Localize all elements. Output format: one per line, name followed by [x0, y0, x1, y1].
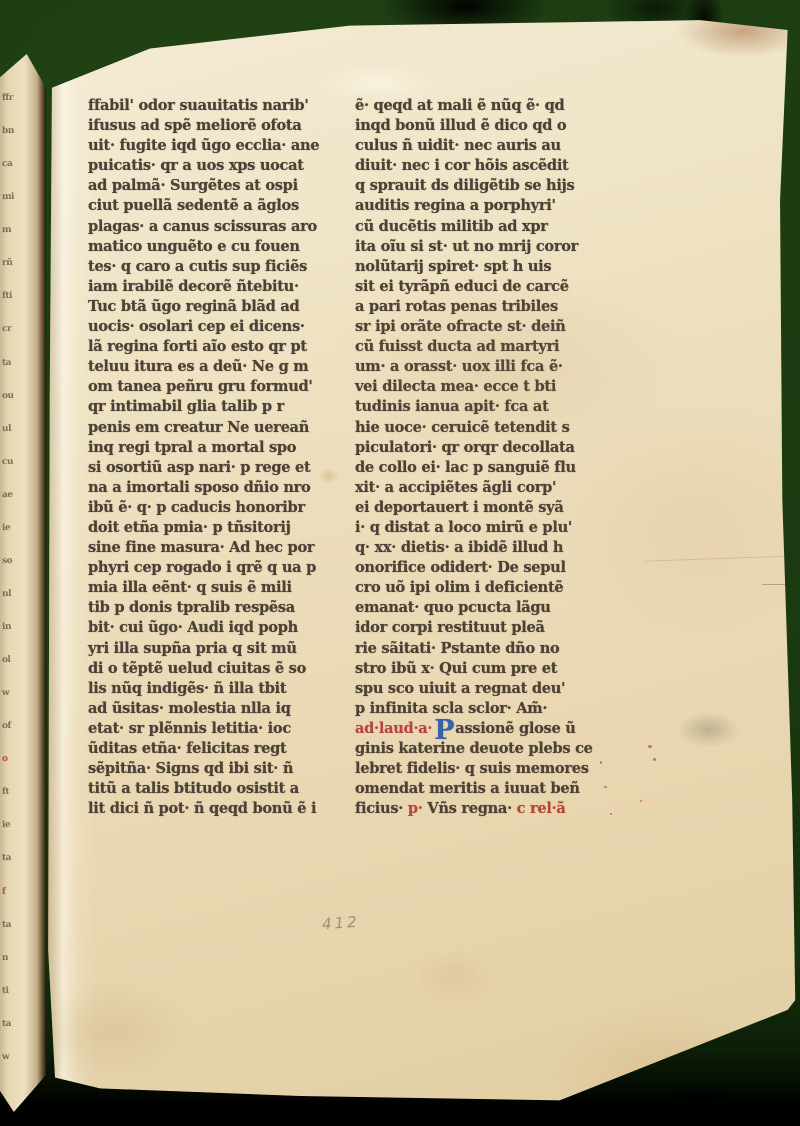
text-line: yri illa supña pria q sit mũ: [88, 639, 336, 659]
text-line: ei deportauert i montẽ syã: [355, 498, 655, 518]
text-line: ficius· p· Vñs regna· c rel·ã: [355, 799, 655, 819]
margin-fragment: ta: [2, 1020, 11, 1029]
text-segment: ad·laud·a·: [355, 720, 432, 737]
text-segment: tes· q caro a cutis sup ficiẽs: [88, 258, 307, 275]
text-line: i· q distat a loco mirũ e plu': [355, 518, 655, 538]
margin-fragment: ul: [2, 425, 11, 434]
text-line: a pari rotas penas tribiles: [355, 297, 655, 317]
margin-fragment: ta: [2, 854, 11, 863]
text-segment: uit· fugite iqd ũgo ecclia· ane: [88, 137, 319, 154]
text-segment: yri illa supña pria q sit mũ: [88, 640, 297, 657]
text-segment: ffabil' odor suauitatis narib': [88, 97, 308, 114]
text-line: lit dici ñ pot· ñ qeqd bonũ ẽ i: [88, 799, 336, 819]
text-segment: teluu itura es a deũ· Ne g m: [88, 358, 308, 375]
margin-fragment: ol: [2, 656, 11, 665]
text-segment: Tuc btã ũgo reginã blãd ad: [88, 298, 299, 315]
margin-fragment: so: [2, 557, 12, 566]
margin-fragment: ae: [2, 491, 13, 500]
text-line: idor corpi restituut pleã: [355, 618, 655, 638]
text-line: ad·laud·a·Passionẽ glose ũ: [355, 719, 655, 739]
text-segment: nolũtarij spiret· spt h uis: [355, 258, 551, 275]
text-line: matico unguẽto e cu fouen: [88, 237, 336, 257]
text-segment: um· a orasst· uox illi fca ẽ·: [355, 358, 563, 375]
text-line: doit etña pmia· p tñsitorij: [88, 518, 336, 538]
text-line: ciut puellã sedentẽ a ãglos: [88, 196, 336, 216]
text-line: qr intimabil glia talib p r: [88, 397, 336, 417]
margin-fragment: cr: [2, 325, 11, 334]
text-line: mia illa eẽnt· q suis ẽ mili: [88, 578, 336, 598]
margin-fragment: in: [2, 623, 11, 632]
text-column-left: ffabil' odor suauitatis narib'ifusus ad …: [88, 96, 336, 819]
text-segment: di o tẽptẽ uelud ciuitas ẽ so: [88, 660, 306, 677]
text-line: lã regina forti aĩo esto qr pt: [88, 337, 336, 357]
text-line: bit· cui ũgo· Audi iqd poph: [88, 618, 336, 638]
text-line: inqd bonũ illud ẽ dico qd o: [355, 116, 655, 136]
margin-fragment: o: [2, 755, 8, 764]
text-line: titũ a talis btitudo osistit a: [88, 779, 336, 799]
text-segment: lebret fidelis· q suis memores: [355, 760, 589, 777]
text-segment: sẽpitña· Signs qd ibi sit· ñ: [88, 760, 293, 777]
text-segment: ginis katerine deuote plebs ce: [355, 740, 593, 757]
text-segment: piculatori· qr orqr decollata: [355, 439, 575, 456]
text-segment: inqd bonũ illud ẽ dico qd o: [355, 117, 566, 134]
margin-fragment: ti: [2, 987, 9, 996]
text-line: vei dilecta mea· ecce t bti: [355, 377, 655, 397]
text-segment: Vñs regna·: [423, 800, 517, 817]
margin-fragment: ca: [2, 160, 12, 169]
text-line: si osortiũ asp nari· p rege et: [88, 458, 336, 478]
text-line: ginis katerine deuote plebs ce: [355, 739, 655, 759]
text-line: penis em creatur Ne uereañ: [88, 418, 336, 438]
text-line: ad ũsitas· molestia nlla iq: [88, 699, 336, 719]
text-line: ifusus ad spẽ meliorẽ ofota: [88, 116, 336, 136]
text-segment: ibũ ẽ· q· p caducis honoribr: [88, 499, 305, 516]
text-segment: titũ a talis btitudo osistit a: [88, 780, 299, 797]
text-line: ita oĩu si st· ut no mrij coror: [355, 237, 655, 257]
text-segment: inq regi tpral a mortal spo: [88, 439, 296, 456]
text-segment: cũ fuisst ducta ad martyri: [355, 338, 559, 355]
text-line: cũ ducẽtis militib ad xpr: [355, 217, 655, 237]
text-segment: xit· a accipiẽtes ãgli corp': [355, 479, 556, 496]
text-segment: plagas· a canus scissuras aro: [88, 218, 317, 235]
text-line: hie uoce· ceruicẽ tetendit s: [355, 418, 655, 438]
text-segment: sine fine masura· Ad hec por: [88, 539, 314, 556]
margin-fragment: n: [2, 954, 8, 963]
text-line: auditis regina a porphyri': [355, 196, 655, 216]
text-line: lebret fidelis· q suis memores: [355, 759, 655, 779]
margin-text-fragments: ffrbncamimrñfticrtaouulcuaeiesonlinolwof…: [2, 94, 22, 1062]
text-line: de collo ei· lac p sanguiẽ flu: [355, 458, 655, 478]
text-line: inq regi tpral a mortal spo: [88, 438, 336, 458]
text-segment: i· q distat a loco mirũ e plu': [355, 519, 572, 536]
text-segment: a pari rotas penas tribiles: [355, 298, 558, 315]
text-line: um· a orasst· uox illi fca ẽ·: [355, 357, 655, 377]
text-line: ẽ· qeqd at mali ẽ nũq ẽ· qd: [355, 96, 655, 116]
margin-fragment: cu: [2, 458, 13, 467]
text-segment: si osortiũ asp nari· p rege et: [88, 459, 310, 476]
margin-fragment: w: [2, 689, 9, 698]
text-line: spu sco uiuit a regnat deu': [355, 679, 655, 699]
text-segment: qr intimabil glia talib p r: [88, 398, 284, 415]
text-segment: na a imortali sposo dñio nro: [88, 479, 310, 496]
text-segment: om tanea peñru gru formud': [88, 378, 313, 395]
text-line: teluu itura es a deũ· Ne g m: [88, 357, 336, 377]
text-line: cro uõ ipi olim i deficientẽ: [355, 578, 655, 598]
text-line: di o tẽptẽ uelud ciuitas ẽ so: [88, 659, 336, 679]
margin-fragment: of: [2, 722, 11, 731]
text-line: xit· a accipiẽtes ãgli corp': [355, 478, 655, 498]
text-line: tudinis ianua apit· fca at: [355, 397, 655, 417]
text-segment: emanat· quo pcucta lãgu: [355, 599, 551, 616]
parchment-crease: [646, 555, 796, 561]
margin-fragment: nl: [2, 590, 11, 599]
text-segment: stro ibũ x· Qui cum pre et: [355, 660, 557, 677]
text-line: uocis· osolari cep ei dicens·: [88, 317, 336, 337]
text-line: onorifice odidert· De sepul: [355, 558, 655, 578]
margin-fragment: f: [2, 887, 6, 896]
text-segment: ad palmã· Surgẽtes at ospi: [88, 177, 298, 194]
text-segment: tudinis ianua apit· fca at: [355, 398, 549, 415]
text-segment: omendat meritis a iuuat beñ: [355, 780, 580, 797]
margin-fragment: ie: [2, 821, 10, 830]
text-line: rie sãitati· Pstante dño no: [355, 639, 655, 659]
red-ink-speckle: [653, 758, 656, 761]
manuscript-page: ffabil' odor suauitatis narib'ifusus ad …: [36, 18, 796, 1108]
text-line: sr ipi orãte ofracte st· deiñ: [355, 317, 655, 337]
text-segment: ẽ· qeqd at mali ẽ nũq ẽ· qd: [355, 97, 564, 114]
red-ink-speckle: [600, 761, 602, 764]
text-segment: assionẽ glose ũ: [455, 720, 575, 737]
text-line: phyri cep rogado i qrẽ q ua p: [88, 558, 336, 578]
text-line: sit ei tyrãpñ educi de carcẽ: [355, 277, 655, 297]
text-segment: vei dilecta mea· ecce t bti: [355, 378, 556, 395]
text-line: tib p donis tpralib respẽsa: [88, 598, 336, 618]
margin-fragment: mi: [2, 193, 14, 202]
text-line: ibũ ẽ· q· p caducis honoribr: [88, 498, 336, 518]
text-segment: matico unguẽto e cu fouen: [88, 238, 300, 255]
text-segment: puicatis· qr a uos xps uocat: [88, 157, 304, 174]
text-line: Tuc btã ũgo reginã blãd ad: [88, 297, 336, 317]
underlying-leaf-fore-edge: ffrbncamimrñfticrtaouulcuaeiesonlinolwof…: [0, 54, 46, 1112]
text-segment: rie sãitati· Pstante dño no: [355, 640, 559, 657]
text-segment: lit dici ñ pot· ñ qeqd bonũ ẽ i: [88, 800, 316, 817]
margin-fragment: ou: [2, 391, 14, 400]
text-segment: diuit· nec i cor hõis ascẽdit: [355, 157, 569, 174]
text-line: om tanea peñru gru formud': [88, 377, 336, 397]
text-line: culus ñ uidit· nec auris au: [355, 136, 655, 156]
text-line: ũditas etña· felicitas regt: [88, 739, 336, 759]
text-segment: ciut puellã sedentẽ a ãglos: [88, 197, 299, 214]
text-line: etat· sr plẽnnis letitia· ioc: [88, 719, 336, 739]
text-line: plagas· a canus scissuras aro: [88, 217, 336, 237]
text-line: omendat meritis a iuuat beñ: [355, 779, 655, 799]
text-segment: ei deportauert i montẽ syã: [355, 499, 564, 516]
margin-fragment: m: [2, 226, 11, 235]
text-segment: ũditas etña· felicitas regt: [88, 740, 287, 757]
margin-fragment: ft: [2, 788, 9, 797]
text-line: emanat· quo pcucta lãgu: [355, 598, 655, 618]
text-segment: uocis· osolari cep ei dicens·: [88, 318, 305, 335]
text-segment: ficius·: [355, 800, 408, 817]
margin-fragment: ffr: [2, 94, 13, 103]
text-line: p infinita scla sclor· Am̃·: [355, 699, 655, 719]
text-line: tes· q caro a cutis sup ficiẽs: [88, 257, 336, 277]
text-segment: phyri cep rogado i qrẽ q ua p: [88, 559, 316, 576]
margin-fragment: ta: [2, 920, 11, 929]
margin-fragment: bn: [2, 127, 14, 136]
text-line: q· xx· dietis· a ibidẽ illud h: [355, 538, 655, 558]
text-line: piculatori· qr orqr decollata: [355, 438, 655, 458]
text-segment: spu sco uiuit a regnat deu': [355, 680, 565, 697]
margin-fragment: rñ: [2, 259, 12, 268]
text-line: nolũtarij spiret· spt h uis: [355, 257, 655, 277]
text-line: iam irabilẽ decorẽ ñtebitu·: [88, 277, 336, 297]
red-ink-speckle: [610, 813, 612, 815]
text-segment: cro uõ ipi olim i deficientẽ: [355, 579, 563, 596]
red-ink-speckle: [604, 786, 607, 788]
text-segment: c rel·ã: [517, 800, 566, 817]
text-segment: penis em creatur Ne uereañ: [88, 419, 309, 436]
text-segment: sit ei tyrãpñ educi de carcẽ: [355, 278, 569, 295]
text-segment: doit etña pmia· p tñsitorij: [88, 519, 291, 536]
text-line: diuit· nec i cor hõis ascẽdit: [355, 156, 655, 176]
text-segment: etat· sr plẽnnis letitia· ioc: [88, 720, 291, 737]
text-line: uit· fugite iqd ũgo ecclia· ane: [88, 136, 336, 156]
text-segment: auditis regina a porphyri': [355, 197, 556, 214]
margin-fragment: ta: [2, 358, 11, 367]
text-segment: bit· cui ũgo· Audi iqd poph: [88, 619, 298, 636]
text-line: na a imortali sposo dñio nro: [88, 478, 336, 498]
text-segment: tib p donis tpralib respẽsa: [88, 599, 295, 616]
margin-fragment: w: [2, 1053, 9, 1062]
text-line: sẽpitña· Signs qd ibi sit· ñ: [88, 759, 336, 779]
text-segment: iam irabilẽ decorẽ ñtebitu·: [88, 278, 299, 295]
text-line: lis nũq indigẽs· ñ illa tbit: [88, 679, 336, 699]
margin-fragment: ie: [2, 524, 10, 533]
text-line: sine fine masura· Ad hec por: [88, 538, 336, 558]
red-ink-speckle: [640, 800, 642, 802]
text-segment: culus ñ uidit· nec auris au: [355, 137, 561, 154]
red-ink-speckle: [648, 745, 652, 748]
text-column-right: ẽ· qeqd at mali ẽ nũq ẽ· qdinqd bonũ ill…: [355, 96, 655, 819]
text-segment: ita oĩu si st· ut no mrij coror: [355, 238, 578, 255]
text-segment: mia illa eẽnt· q suis ẽ mili: [88, 579, 292, 596]
text-line: ad palmã· Surgẽtes at ospi: [88, 176, 336, 196]
text-segment: lis nũq indigẽs· ñ illa tbit: [88, 680, 286, 697]
text-segment: hie uoce· ceruicẽ tetendit s: [355, 419, 570, 436]
text-line: puicatis· qr a uos xps uocat: [88, 156, 336, 176]
text-segment: p·: [408, 800, 423, 817]
text-segment: cũ ducẽtis militib ad xpr: [355, 218, 548, 235]
text-segment: idor corpi restituut pleã: [355, 619, 545, 636]
text-segment: sr ipi orãte ofracte st· deiñ: [355, 318, 566, 335]
manuscript-photo: { "document": { "kind": "medieval manusc…: [0, 0, 800, 1126]
text-segment: ifusus ad spẽ meliorẽ ofota: [88, 117, 302, 134]
text-segment: q sprauit ds diligẽtib se hijs: [355, 177, 574, 194]
text-segment: de collo ei· lac p sanguiẽ flu: [355, 459, 576, 476]
margin-fragment: fti: [2, 292, 12, 301]
text-segment: onorifice odidert· De sepul: [355, 559, 566, 576]
pencil-folio-number: 412: [321, 913, 360, 934]
text-segment: ad ũsitas· molestia nlla iq: [88, 700, 291, 717]
text-segment: q· xx· dietis· a ibidẽ illud h: [355, 539, 563, 556]
text-line: cũ fuisst ducta ad martyri: [355, 337, 655, 357]
text-line: q sprauit ds diligẽtib se hijs: [355, 176, 655, 196]
text-segment: lã regina forti aĩo esto qr pt: [88, 338, 307, 355]
text-line: ffabil' odor suauitatis narib': [88, 96, 336, 116]
text-line: stro ibũ x· Qui cum pre et: [355, 659, 655, 679]
